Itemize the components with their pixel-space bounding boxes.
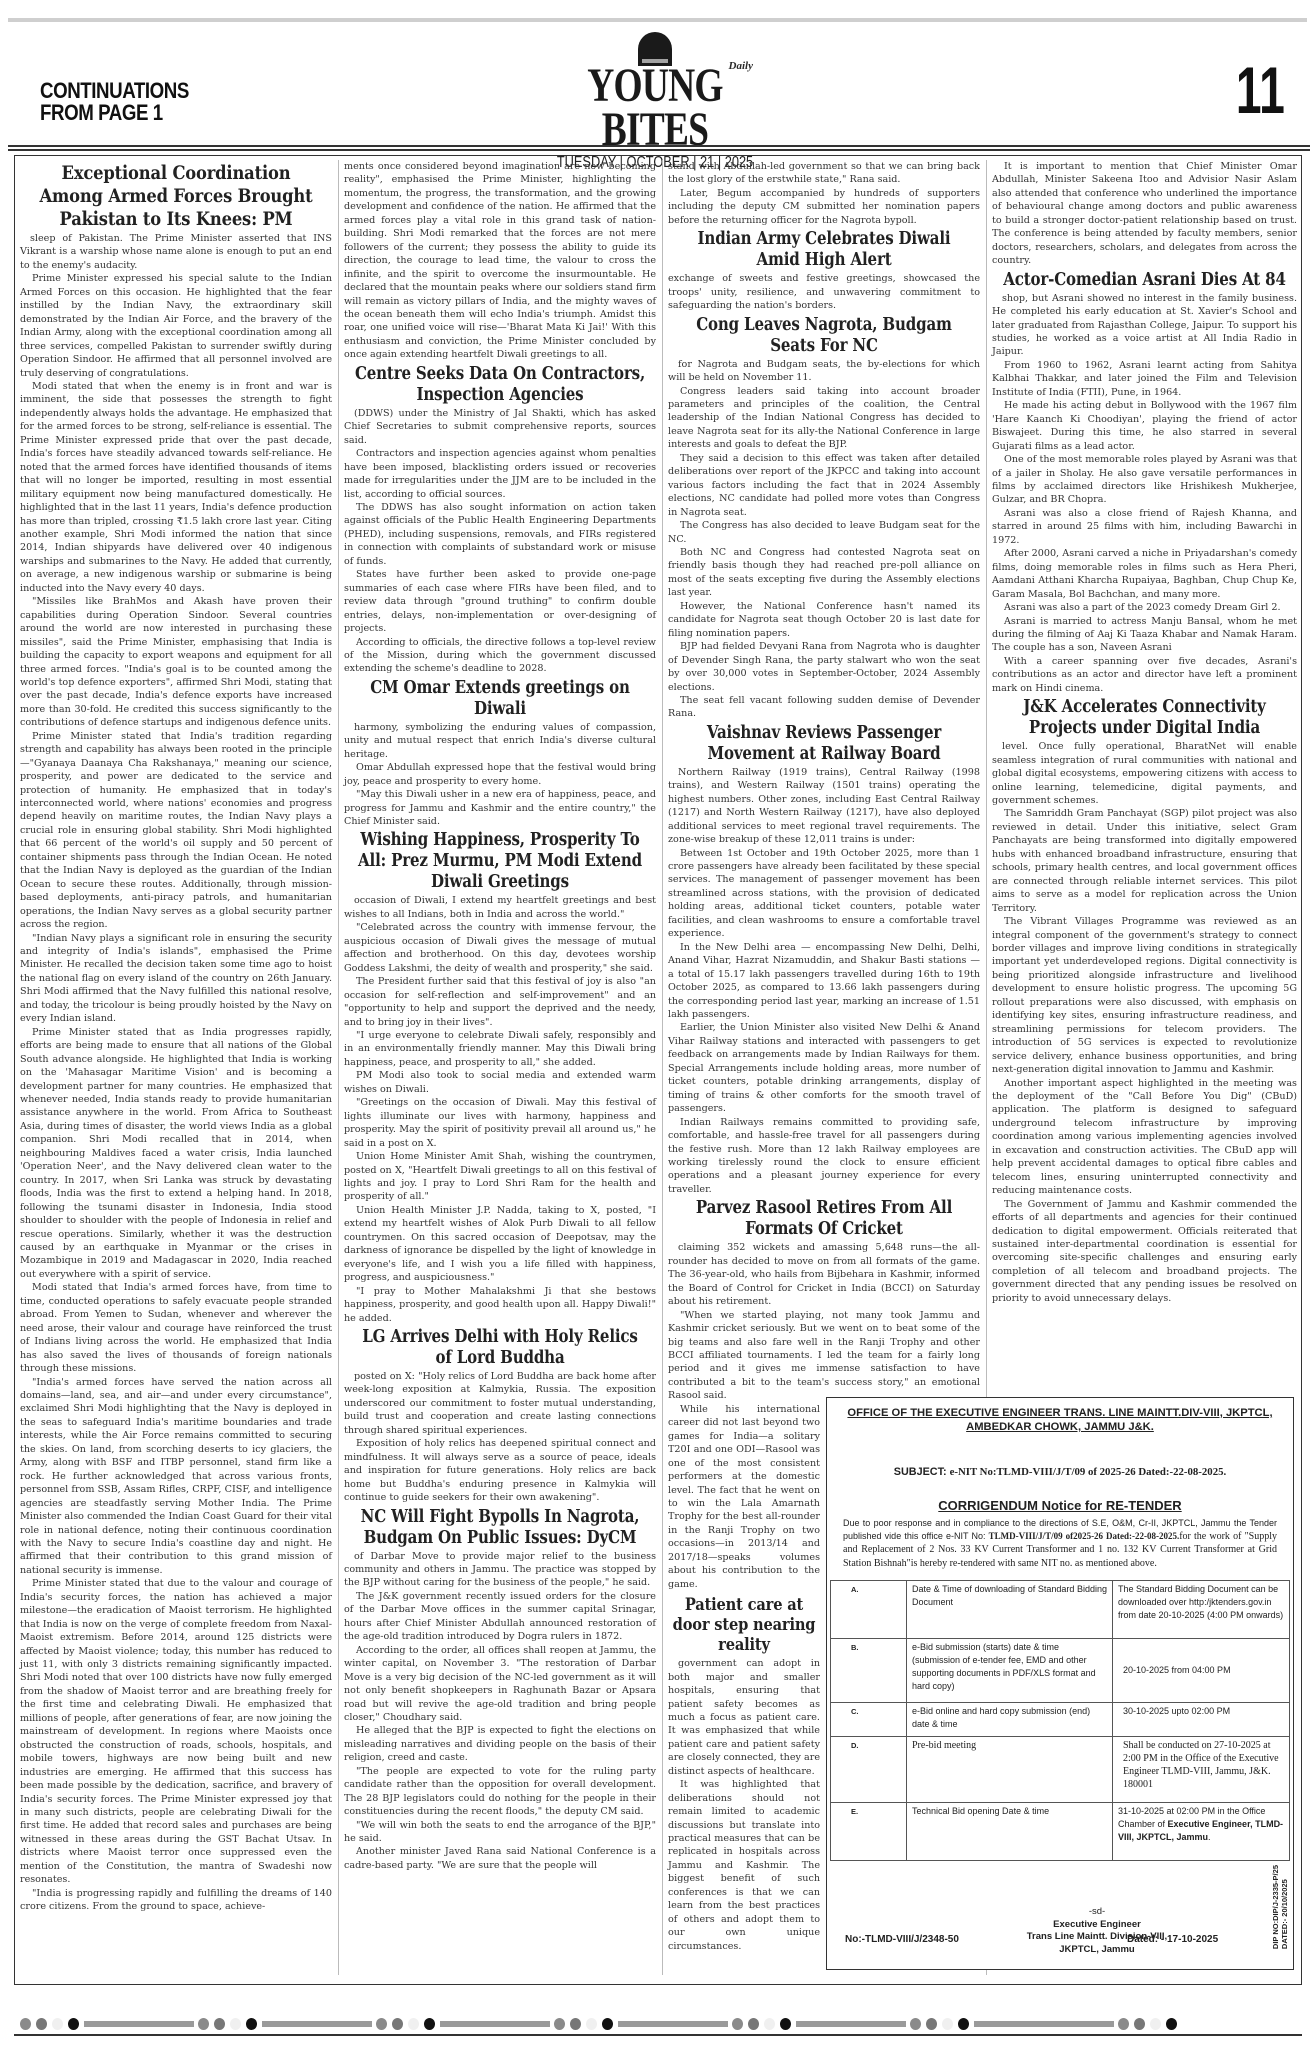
paragraph: claiming 352 wickets and amassing 5,648 … — [668, 1241, 980, 1308]
header-double-rule — [8, 145, 1310, 151]
headline: Parvez Rasool Retires From All Formats O… — [678, 1198, 970, 1240]
paragraph: "Indian Navy plays a significant role in… — [20, 932, 332, 1026]
footer-rule — [14, 2034, 1302, 2036]
article-cong-nagrota: Cong Leaves Nagrota, Budgam Seats For NC… — [668, 315, 980, 721]
dot-icon — [748, 2018, 759, 2030]
paragraph: (DDWS) under the Ministry of Jal Shakti,… — [344, 407, 656, 447]
table-row: E. Technical Bid opening Date & time 31-… — [831, 1803, 1290, 1861]
dot-icon — [230, 2018, 241, 2030]
paragraph: The Congress has also decided to leave B… — [668, 519, 980, 546]
dot-icon — [958, 2018, 969, 2030]
dip-number: DIP NO:DIP/J-2335-P/25 DATED:- 20/10/202… — [1271, 1865, 1289, 1949]
paragraph: Prime Minister stated that as India prog… — [20, 1026, 332, 1282]
paragraph: The seat fell vacant following sudden de… — [668, 694, 980, 721]
paragraph: government can adopt in both major and s… — [668, 1657, 820, 1778]
headline: Actor-Comedian Asrani Dies At 84 — [1001, 270, 1287, 291]
headline: LG Arrives Delhi with Holy Relics of Lor… — [354, 1327, 646, 1369]
paper-name: YOUNG BITES — [538, 64, 772, 152]
article-nc-bypolls: NC Will Fight Bypolls In Nagrota, Budgam… — [344, 1507, 656, 1873]
article-prez-murmu: Wishing Happiness, Prosperity To All: Pr… — [344, 830, 656, 1325]
article-centre-data: Centre Seeks Data On Contractors, Inspec… — [344, 364, 656, 676]
paragraph: Exposition of holy relics has deepened s… — [344, 1437, 656, 1504]
dot-icon — [926, 2018, 937, 2030]
dot-icon — [376, 2018, 387, 2030]
paragraph: After 2000, Asrani carved a niche in Pri… — [992, 547, 1297, 601]
article-jk-digital: J&K Accelerates Connectivity Projects un… — [992, 697, 1297, 1305]
paragraph: The Government of Jammu and Kashmir comm… — [992, 1198, 1297, 1306]
paragraph: Both NC and Congress had contested Nagro… — [668, 546, 980, 600]
dot-icon — [246, 2018, 257, 2030]
article-vaishnaw-railway: Vaishnav Reviews Passenger Movement at R… — [668, 723, 980, 1197]
dot-icon — [68, 2018, 79, 2030]
masthead: CONTINUATIONS FROM PAGE 1 Daily YOUNG BI… — [0, 30, 1315, 122]
notice-office: OFFICE OF THE EXECUTIVE ENGINEER TRANS. … — [845, 1406, 1275, 1434]
paragraph: "India's armed forces have served the na… — [20, 1376, 332, 1578]
dot-icon — [214, 2018, 225, 2030]
headline: Wishing Happiness, Prosperity To All: Pr… — [354, 830, 646, 893]
paragraph: PM Modi also took to social media and ex… — [344, 1069, 656, 1096]
dot-icon — [554, 2018, 565, 2030]
paragraph: exchange of sweets and festive greetings… — [668, 272, 980, 312]
paragraph: Another minister Javed Rana said Nationa… — [344, 1845, 656, 1872]
paragraph: "I urge everyone to celebrate Diwali saf… — [344, 1029, 656, 1069]
paragraph: One of the most memorable roles played b… — [992, 453, 1297, 507]
article-asrani: Actor-Comedian Asrani Dies At 84 shop, b… — [992, 270, 1297, 696]
narrow-flow: While his international career did not l… — [668, 1403, 820, 1953]
table-row: D. Pre-bid meeting Shall be conducted on… — [831, 1737, 1290, 1803]
dot-icon — [1150, 2018, 1161, 2030]
page-number: 11 — [1236, 60, 1285, 120]
paragraph: He alleged that the BJP is expected to f… — [344, 1724, 656, 1764]
headline: CM Omar Extends greetings on Diwali — [354, 678, 646, 720]
dot-icon — [408, 2018, 419, 2030]
section-label: CONTINUATIONS FROM PAGE 1 — [40, 80, 189, 124]
headline: Centre Seeks Data On Contractors, Inspec… — [354, 364, 646, 406]
paragraph: "I pray to Mother Mahalakshmi Ji that sh… — [344, 1285, 656, 1325]
top-rule — [8, 18, 1307, 22]
notice-body: Due to poor response and in compliance t… — [843, 1517, 1277, 1570]
paragraph: "India is progressing rapidly and fulfil… — [20, 1887, 332, 1914]
paragraph: "Missiles like BrahMos and Akash have pr… — [20, 595, 332, 730]
tender-notice: OFFICE OF THE EXECUTIVE ENGINEER TRANS. … — [826, 1397, 1294, 1970]
paragraph: for Nagrota and Budgam seats, the by-ele… — [668, 358, 980, 385]
dot-icon — [570, 2018, 581, 2030]
table-row: B. e-Bid submission (starts) date & time… — [831, 1639, 1290, 1703]
paragraph: He made his acting debut in Bollywood wi… — [992, 399, 1297, 453]
column-2: ments once considered beyond imagination… — [344, 160, 656, 1872]
paragraph: Asrani is married to actress Manju Bansa… — [992, 615, 1297, 655]
paragraph: Congress leaders said taking into accoun… — [668, 385, 980, 452]
dot-icon — [36, 2018, 47, 2030]
paragraph: It was highlighted that deliberations sh… — [668, 1778, 820, 1953]
table-row: C. e-Bid online and hard copy submission… — [831, 1703, 1290, 1737]
paragraph: Prime Minister expressed his special sal… — [20, 272, 332, 380]
paragraph: In the New Delhi area — encompassing New… — [668, 941, 980, 1022]
paragraph: "We will win both the seats to end the a… — [344, 1819, 656, 1846]
paragraph: BJP had fielded Devyani Rana from Nagrot… — [668, 640, 980, 694]
subject-text: e-NIT No:TLMD-VIII/J/T/09 of 2025-26 Dat… — [950, 1466, 1227, 1478]
notice-date: Dated: - 17-10-2025 — [1127, 1934, 1218, 1945]
paragraph: harmony, symbolizing the enduring values… — [344, 721, 656, 761]
headline: Indian Army Celebrates Diwali Amid High … — [678, 229, 970, 271]
newspaper-logo: Daily YOUNG BITES TUESDAY | OCTOBER | 21… — [505, 32, 805, 172]
paragraph: They said a decision to this effect was … — [668, 452, 980, 519]
dot-icon — [780, 2018, 791, 2030]
paragraph: Indian Railways remains committed to pro… — [668, 1116, 980, 1197]
headline: NC Will Fight Bypolls In Nagrota, Budgam… — [354, 1507, 646, 1549]
dot-icon — [732, 2018, 743, 2030]
paragraph: Earlier, the Union Minister also visited… — [668, 1021, 980, 1115]
paragraph: The Samriddh Gram Panchayat (SGP) pilot … — [992, 807, 1297, 915]
dot-icon — [20, 2018, 31, 2030]
headline: Patient care at door step nearing realit… — [672, 1595, 816, 1655]
paragraph: Between 1st October and 19th October 202… — [668, 847, 980, 941]
article-lg-buddha: LG Arrives Delhi with Holy Relics of Lor… — [344, 1327, 656, 1505]
dot-icon — [52, 2018, 63, 2030]
paragraph: The President further said that this fes… — [344, 975, 656, 1029]
dot-icon — [942, 2018, 953, 2030]
paragraph: Modi stated that when the enemy is in fr… — [20, 380, 332, 595]
paragraph: The Vibrant Villages Programme was revie… — [992, 915, 1297, 1076]
paragraph: However, the National Conference hasn't … — [668, 600, 980, 640]
paragraph: The J&K government recently issued order… — [344, 1590, 656, 1644]
paragraph: sleep of Pakistan. The Prime Minister as… — [20, 232, 332, 272]
paragraph: Modi stated that India's armed forces ha… — [20, 1281, 332, 1375]
paragraph: Contractors and inspection agencies agai… — [344, 447, 656, 501]
paragraph: "May this Diwali usher in a new era of h… — [344, 788, 656, 828]
paragraph: Prime Minister stated that due to the va… — [20, 1577, 332, 1886]
column-divider — [662, 160, 663, 1975]
paragraph: According to the order, all offices shal… — [344, 1644, 656, 1725]
paragraph: While his international career did not l… — [668, 1403, 820, 1591]
paragraph: "The people are expected to vote for the… — [344, 1765, 656, 1819]
paragraph: "Celebrated across the country with imme… — [344, 921, 656, 975]
dot-icon — [198, 2018, 209, 2030]
dot-icon — [1118, 2018, 1129, 2030]
article-army-diwali: Indian Army Celebrates Diwali Amid High … — [668, 229, 980, 312]
notice-ref-number: No:-TLMD-VIII/J/2348-50 — [845, 1934, 959, 1945]
paragraph: posted on X: "Holy relics of Lord Buddha… — [344, 1370, 656, 1437]
paragraph: Another important aspect highlighted in … — [992, 1077, 1297, 1198]
dot-icon — [1166, 2018, 1177, 2030]
paragraph: States have further been asked to provid… — [344, 568, 656, 635]
paragraph: Union Home Minister Amit Shah, wishing t… — [344, 1150, 656, 1204]
paragraph: According to officials, the directive fo… — [344, 636, 656, 676]
article-cm-omar: CM Omar Extends greetings on Diwali harm… — [344, 678, 656, 829]
paragraph-continuation: It is important to mention that Chief Mi… — [992, 160, 1297, 268]
dot-icon — [764, 2018, 775, 2030]
dot-icon — [910, 2018, 921, 2030]
dot-icon — [586, 2018, 597, 2030]
paragraph: Asrani was also a part of the 2023 comed… — [992, 601, 1297, 614]
table-row: A. Date & Time of downloading of Standar… — [831, 1581, 1290, 1639]
dot-icon — [424, 2018, 435, 2030]
paragraph: Prime Minister stated that India's tradi… — [20, 730, 332, 932]
headline: Vaishnav Reviews Passenger Movement at R… — [678, 723, 970, 765]
paragraph: occasion of Diwali, I extend my heartfel… — [344, 894, 656, 921]
headline: J&K Accelerates Connectivity Projects un… — [1001, 697, 1287, 739]
dot-icon — [602, 2018, 613, 2030]
column-1: Exceptional Coordination Among Armed For… — [20, 160, 332, 1914]
paragraph: "Greetings on the occasion of Diwali. Ma… — [344, 1096, 656, 1150]
paragraph: Northern Railway (1919 trains), Central … — [668, 766, 980, 847]
column-4: It is important to mention that Chief Mi… — [992, 160, 1297, 1305]
paragraph: "When we started playing, not many took … — [668, 1309, 980, 1403]
notice-signature: -sd- Executive Engineer Trans Line Maint… — [977, 1906, 1217, 1956]
headline: Cong Leaves Nagrota, Budgam Seats For NC — [678, 315, 970, 357]
subject-label: SUBJECT: — [894, 1466, 947, 1478]
section-label-line2: FROM PAGE 1 — [40, 102, 189, 124]
dot-icon — [1134, 2018, 1145, 2030]
headline: Exceptional Coordination Among Armed For… — [30, 162, 322, 231]
notice-subject: SUBJECT: e-NIT No:TLMD-VIII/J/T/09 of 20… — [827, 1466, 1293, 1478]
tender-schedule-table: A. Date & Time of downloading of Standar… — [830, 1580, 1290, 1861]
paragraph: Omar Abdullah expressed hope that the fe… — [344, 761, 656, 788]
paragraph: shop, but Asrani showed no interest in t… — [992, 292, 1297, 359]
paragraph-continuation: ments once considered beyond imagination… — [344, 160, 656, 362]
article-pm-armed-forces: Exceptional Coordination Among Armed For… — [20, 162, 332, 1914]
column-divider — [338, 160, 339, 1975]
paragraph-continuation: stand with Abdullah-led government so th… — [668, 160, 980, 187]
paragraph: From 1960 to 1962, Asrani learnt acting … — [992, 359, 1297, 399]
paragraph: Union Health Minister J.P. Nadda, taking… — [344, 1204, 656, 1285]
paragraph: of Darbar Move to provide major relief t… — [344, 1550, 656, 1590]
section-label-line1: CONTINUATIONS — [40, 80, 189, 102]
paragraph-continuation: Later, Begum accompanied by hundreds of … — [668, 187, 980, 227]
paragraph: The DDWS has also sought information on … — [344, 501, 656, 568]
footer-decoration — [14, 2018, 1302, 2030]
dot-icon — [392, 2018, 403, 2030]
paragraph: With a career spanning over five decades… — [992, 655, 1297, 695]
paragraph: level. Once fully operational, BharatNet… — [992, 740, 1297, 807]
paragraph: Asrani was also a close friend of Rajesh… — [992, 507, 1297, 547]
notice-title: CORRIGENDUM Notice for RE-TENDER — [827, 1498, 1293, 1513]
